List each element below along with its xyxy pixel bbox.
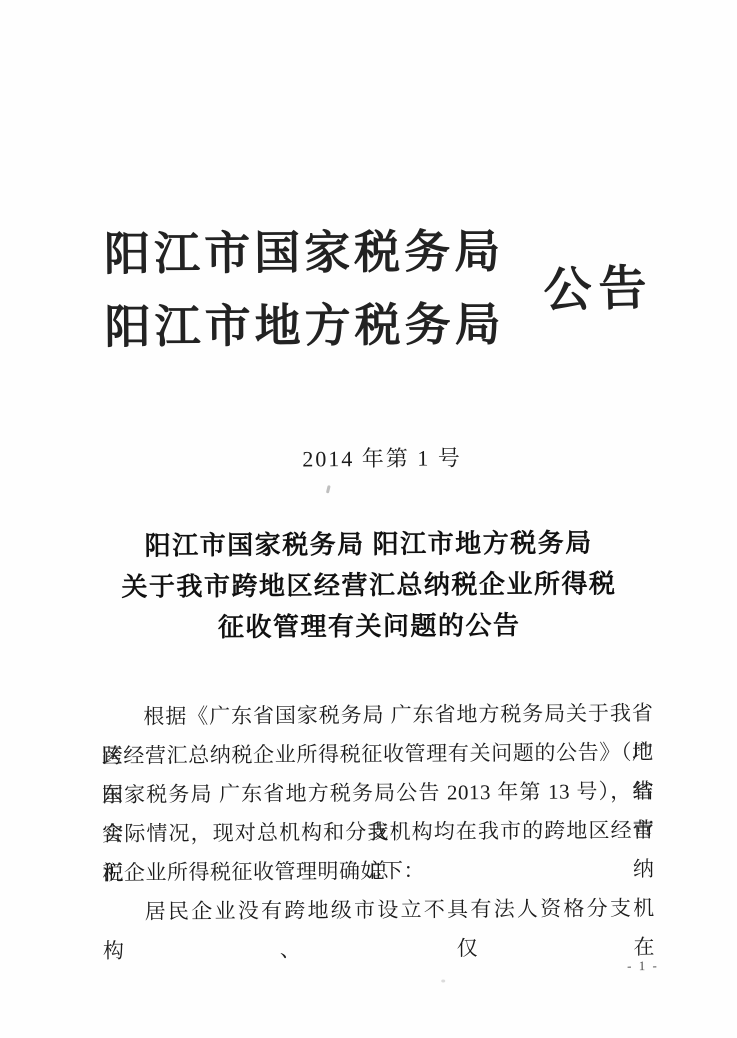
scan-artifact [326,485,331,493]
document-title-line-2: 关于我市跨地区经营汇总纳税企业所得税 [0,562,737,608]
announcement-type-label: 公告 [542,249,654,321]
body-paragraph-line: 国家税务局 广东省地方税务局公告 2013 年第 13 号），结合我市 [102,772,654,815]
document-number: 2014 年第 1 号 [0,439,737,475]
body-paragraph-line: 区经营汇总纳税企业所得税征收管理有关问题的公告》（广东省 [102,733,654,776]
agency-name-line-1: 阳江市国家税务局 [104,215,504,284]
body-paragraph-line: 居民企业没有跨地级市设立不具有法人资格分支机构、仅在 [103,889,655,932]
document-title: 阳江市国家税务局 阳江市地方税务局 关于我市跨地区经营汇总纳税企业所得税 征收管… [0,521,737,649]
document-title-line-1: 阳江市国家税务局 阳江市地方税务局 [0,521,737,567]
document-body: 根据《广东省国家税务局 广东省地方税务局关于我省跨地 区经营汇总纳税企业所得税征… [101,694,655,932]
body-paragraph-line: 实际情况，现对总机构和分支机构均在我市的跨地区经营汇总纳 [102,811,654,854]
scan-artifact [441,979,445,982]
document-title-line-3: 征收管理有关问题的公告 [1,603,737,649]
document-page: 阳江市国家税务局 阳江市地方税务局 公告 2014 年第 1 号 阳江市国家税务… [0,0,737,1038]
page-number: - 1 - [627,958,659,974]
scanned-content: 阳江市国家税务局 阳江市地方税务局 公告 2014 年第 1 号 阳江市国家税务… [0,0,737,1038]
body-paragraph-line: 根据《广东省国家税务局 广东省地方税务局关于我省跨地 [101,694,653,737]
agency-name-line-2: 阳江市地方税务局 [104,288,504,357]
